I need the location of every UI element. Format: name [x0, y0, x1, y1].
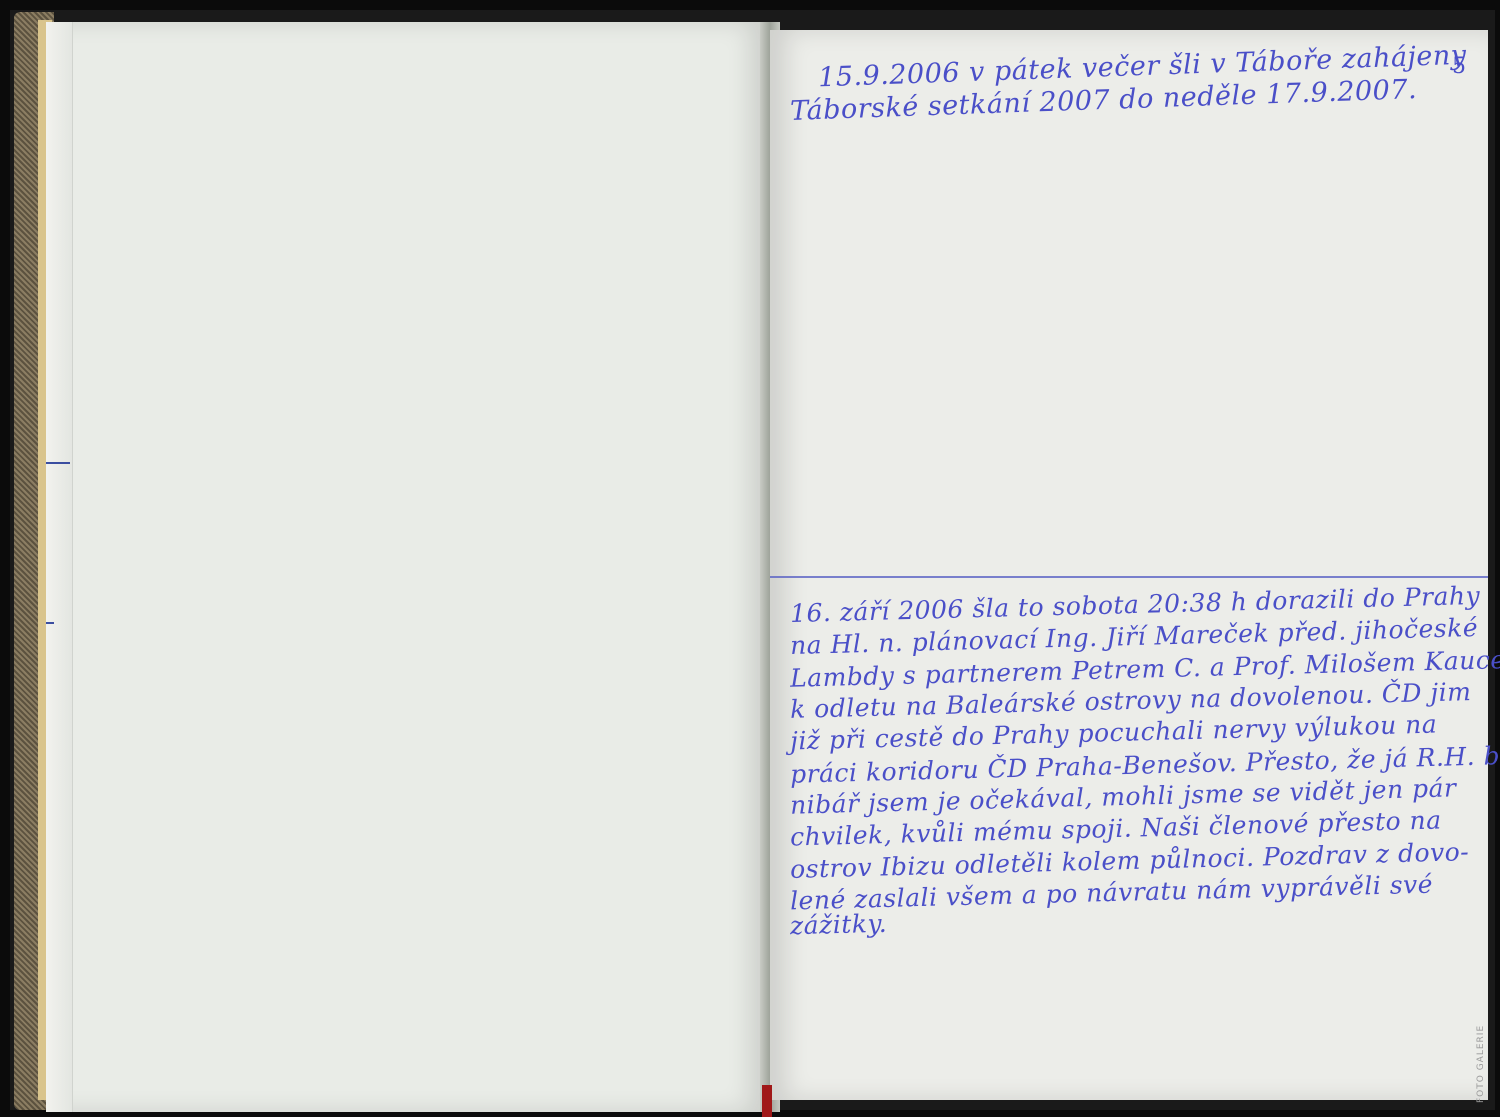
watermark: FOTO GALERIE: [1476, 993, 1494, 1103]
handwritten-line: zážitky.: [790, 907, 888, 944]
left-page: [46, 22, 768, 1112]
bookmark-ribbon: [762, 1085, 772, 1117]
entry-divider: [770, 576, 1488, 578]
page-stack: [46, 22, 73, 1112]
margin-tick: [46, 622, 54, 624]
margin-tick: [46, 462, 70, 464]
